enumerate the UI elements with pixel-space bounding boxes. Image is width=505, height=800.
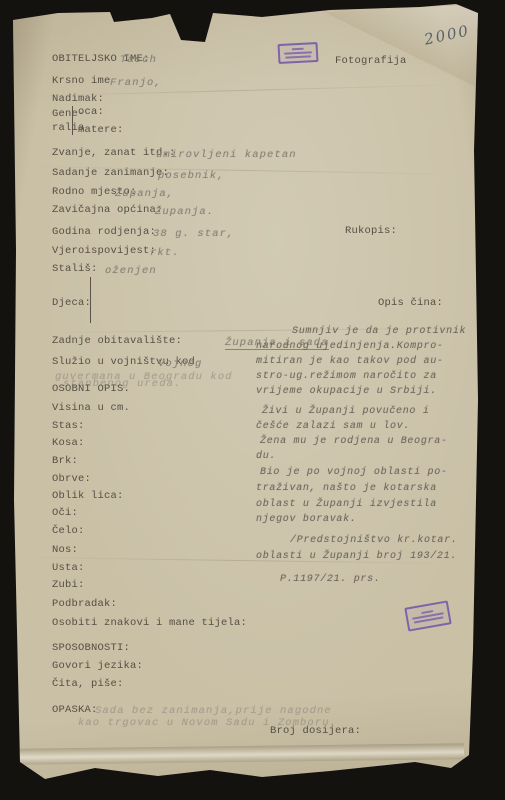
opis-cina-line: du. — [256, 451, 276, 462]
stamp-text-line — [285, 55, 311, 58]
opis-cina-line: Sumnjiv je da je protivnik — [292, 326, 466, 337]
field-sadanje-zanimanje-value: posebnik, — [158, 170, 225, 182]
field-stalis-label: Stališ: — [52, 263, 98, 275]
field-vjeroispovijest-label: Vjeroispovijest: — [52, 245, 156, 257]
opis-cina-line: češće zalazi sam u lov. — [256, 421, 410, 432]
generalia-brace — [72, 106, 73, 135]
field-krsno-ime-label: Krsno ime — [52, 75, 111, 87]
stamp-text-line — [292, 48, 304, 51]
opis-cina-line: vrijeme okupacije u Srbiji. — [256, 386, 437, 397]
field-obiteljsko-ime-value: Tasch — [120, 54, 157, 66]
field-godina-rodjenja-value: 38 g. star, — [153, 228, 234, 240]
field-zavicajna-opcina-value: Županja. — [155, 206, 214, 218]
field-cita-pise-label: Čita, piše: — [52, 678, 124, 690]
opis-cina-line: P.1197/21. prs. — [280, 574, 381, 585]
field-zvanje-value: umirovljeni kapetan — [156, 149, 297, 161]
field-celo-label: Čelo: — [52, 525, 85, 537]
field-obrve-label: Obrve: — [52, 473, 91, 485]
opis-cina-line: Žena mu je rodjena u Beogra- — [260, 436, 448, 447]
photo-background: OBITELJSKO IME: Tasch Fotografija 2000 K… — [0, 0, 505, 800]
field-nadimak-label: Nadimak: — [52, 93, 104, 105]
field-sluzio-value-line1: Vojnog — [158, 358, 202, 370]
field-rodno-mjesto-value: Županja, — [115, 188, 174, 200]
field-djeca-label: Djeca: — [52, 297, 91, 309]
field-zubi-label: Zubi: — [52, 579, 85, 591]
opis-cina-line: Živi u Županji povučeno i — [262, 406, 430, 417]
rukopis-label: Rukopis: — [345, 225, 397, 237]
broj-dosijera-label: Broj dosijera: — [270, 725, 361, 737]
archive-stamp-top — [278, 42, 319, 64]
field-nos-label: Nos: — [52, 544, 78, 556]
field-visina-label: Visina u cm. — [52, 402, 130, 414]
opis-cina-line: /Predstojništvo kr.kotar. — [290, 535, 458, 546]
field-opaska-label: OPASKA: — [52, 704, 98, 716]
opis-cina-line: traživan, našto je kotarska — [256, 483, 437, 494]
field-krsno-ime-value: Franjo, — [110, 77, 162, 89]
field-zavicajna-opcina-label: Zavičajna općina: — [52, 204, 163, 216]
field-vjeroispovijest-value: rkt. — [150, 247, 180, 259]
field-govori-jezika-label: Govori jezika: — [52, 660, 143, 672]
opis-cina-line: stro-ug.režimom naročito za — [256, 371, 437, 382]
opis-cina-line: oblasti u Županji broj 193/21. — [256, 551, 457, 562]
stamp-text-line — [284, 51, 312, 54]
opis-cina-line: mitiran je kao takov pod au- — [256, 356, 444, 367]
opis-cina-line: narodnog ujedinjenja.Kompro- — [256, 341, 444, 352]
field-podbradak-label: Podbradak: — [52, 598, 117, 610]
opis-cina-line: Bio je po vojnoj oblasti po- — [260, 467, 448, 478]
archive-stamp-bottom — [404, 600, 451, 631]
field-stas-label: Stas: — [52, 420, 85, 432]
paper-fold-top-right — [325, 4, 480, 89]
paper-bottom-crease — [16, 743, 464, 764]
opis-cina-heading: Opis čina: — [378, 297, 443, 309]
osobni-opis-heading: OSOBNI OPIS. — [52, 383, 130, 395]
field-kosa-label: Kosa: — [52, 437, 85, 449]
opis-cina-line: njegov boravak. — [256, 514, 357, 525]
field-stalis-value: oženjen — [105, 265, 157, 277]
document-paper: OBITELJSKO IME: Tasch Fotografija 2000 K… — [0, 0, 505, 800]
field-zadnje-obitavaliste-label: Zadnje obitavalište: — [52, 335, 182, 347]
field-oci-label: Oči: — [52, 507, 78, 519]
handwritten-number: 2000 — [423, 21, 472, 48]
generalia-oca-label: oca: — [78, 106, 104, 118]
field-opaska-value-line1: Sada bez zanimanja,prije nagodne — [95, 705, 332, 717]
field-oblik-lica-label: Oblik lica: — [52, 490, 124, 502]
opis-cina-line: oblast u Županji izvjestila — [256, 499, 437, 510]
field-osobiti-znakovi-label: Osobiti znakovi i mane tijela: — [52, 617, 247, 629]
field-usta-label: Usta: — [52, 562, 85, 574]
sposobnosti-heading: SPOSOBNOSTI: — [52, 642, 130, 654]
fotografija-label: Fotografija — [335, 55, 407, 67]
field-godina-rodjenja-label: Godina rodjenja: — [52, 226, 156, 238]
field-sadanje-zanimanje-label: Sadanje zanimanje: — [52, 167, 169, 179]
field-brk-label: Brk: — [52, 455, 78, 467]
generalia-matere-label: matere: — [78, 124, 124, 136]
